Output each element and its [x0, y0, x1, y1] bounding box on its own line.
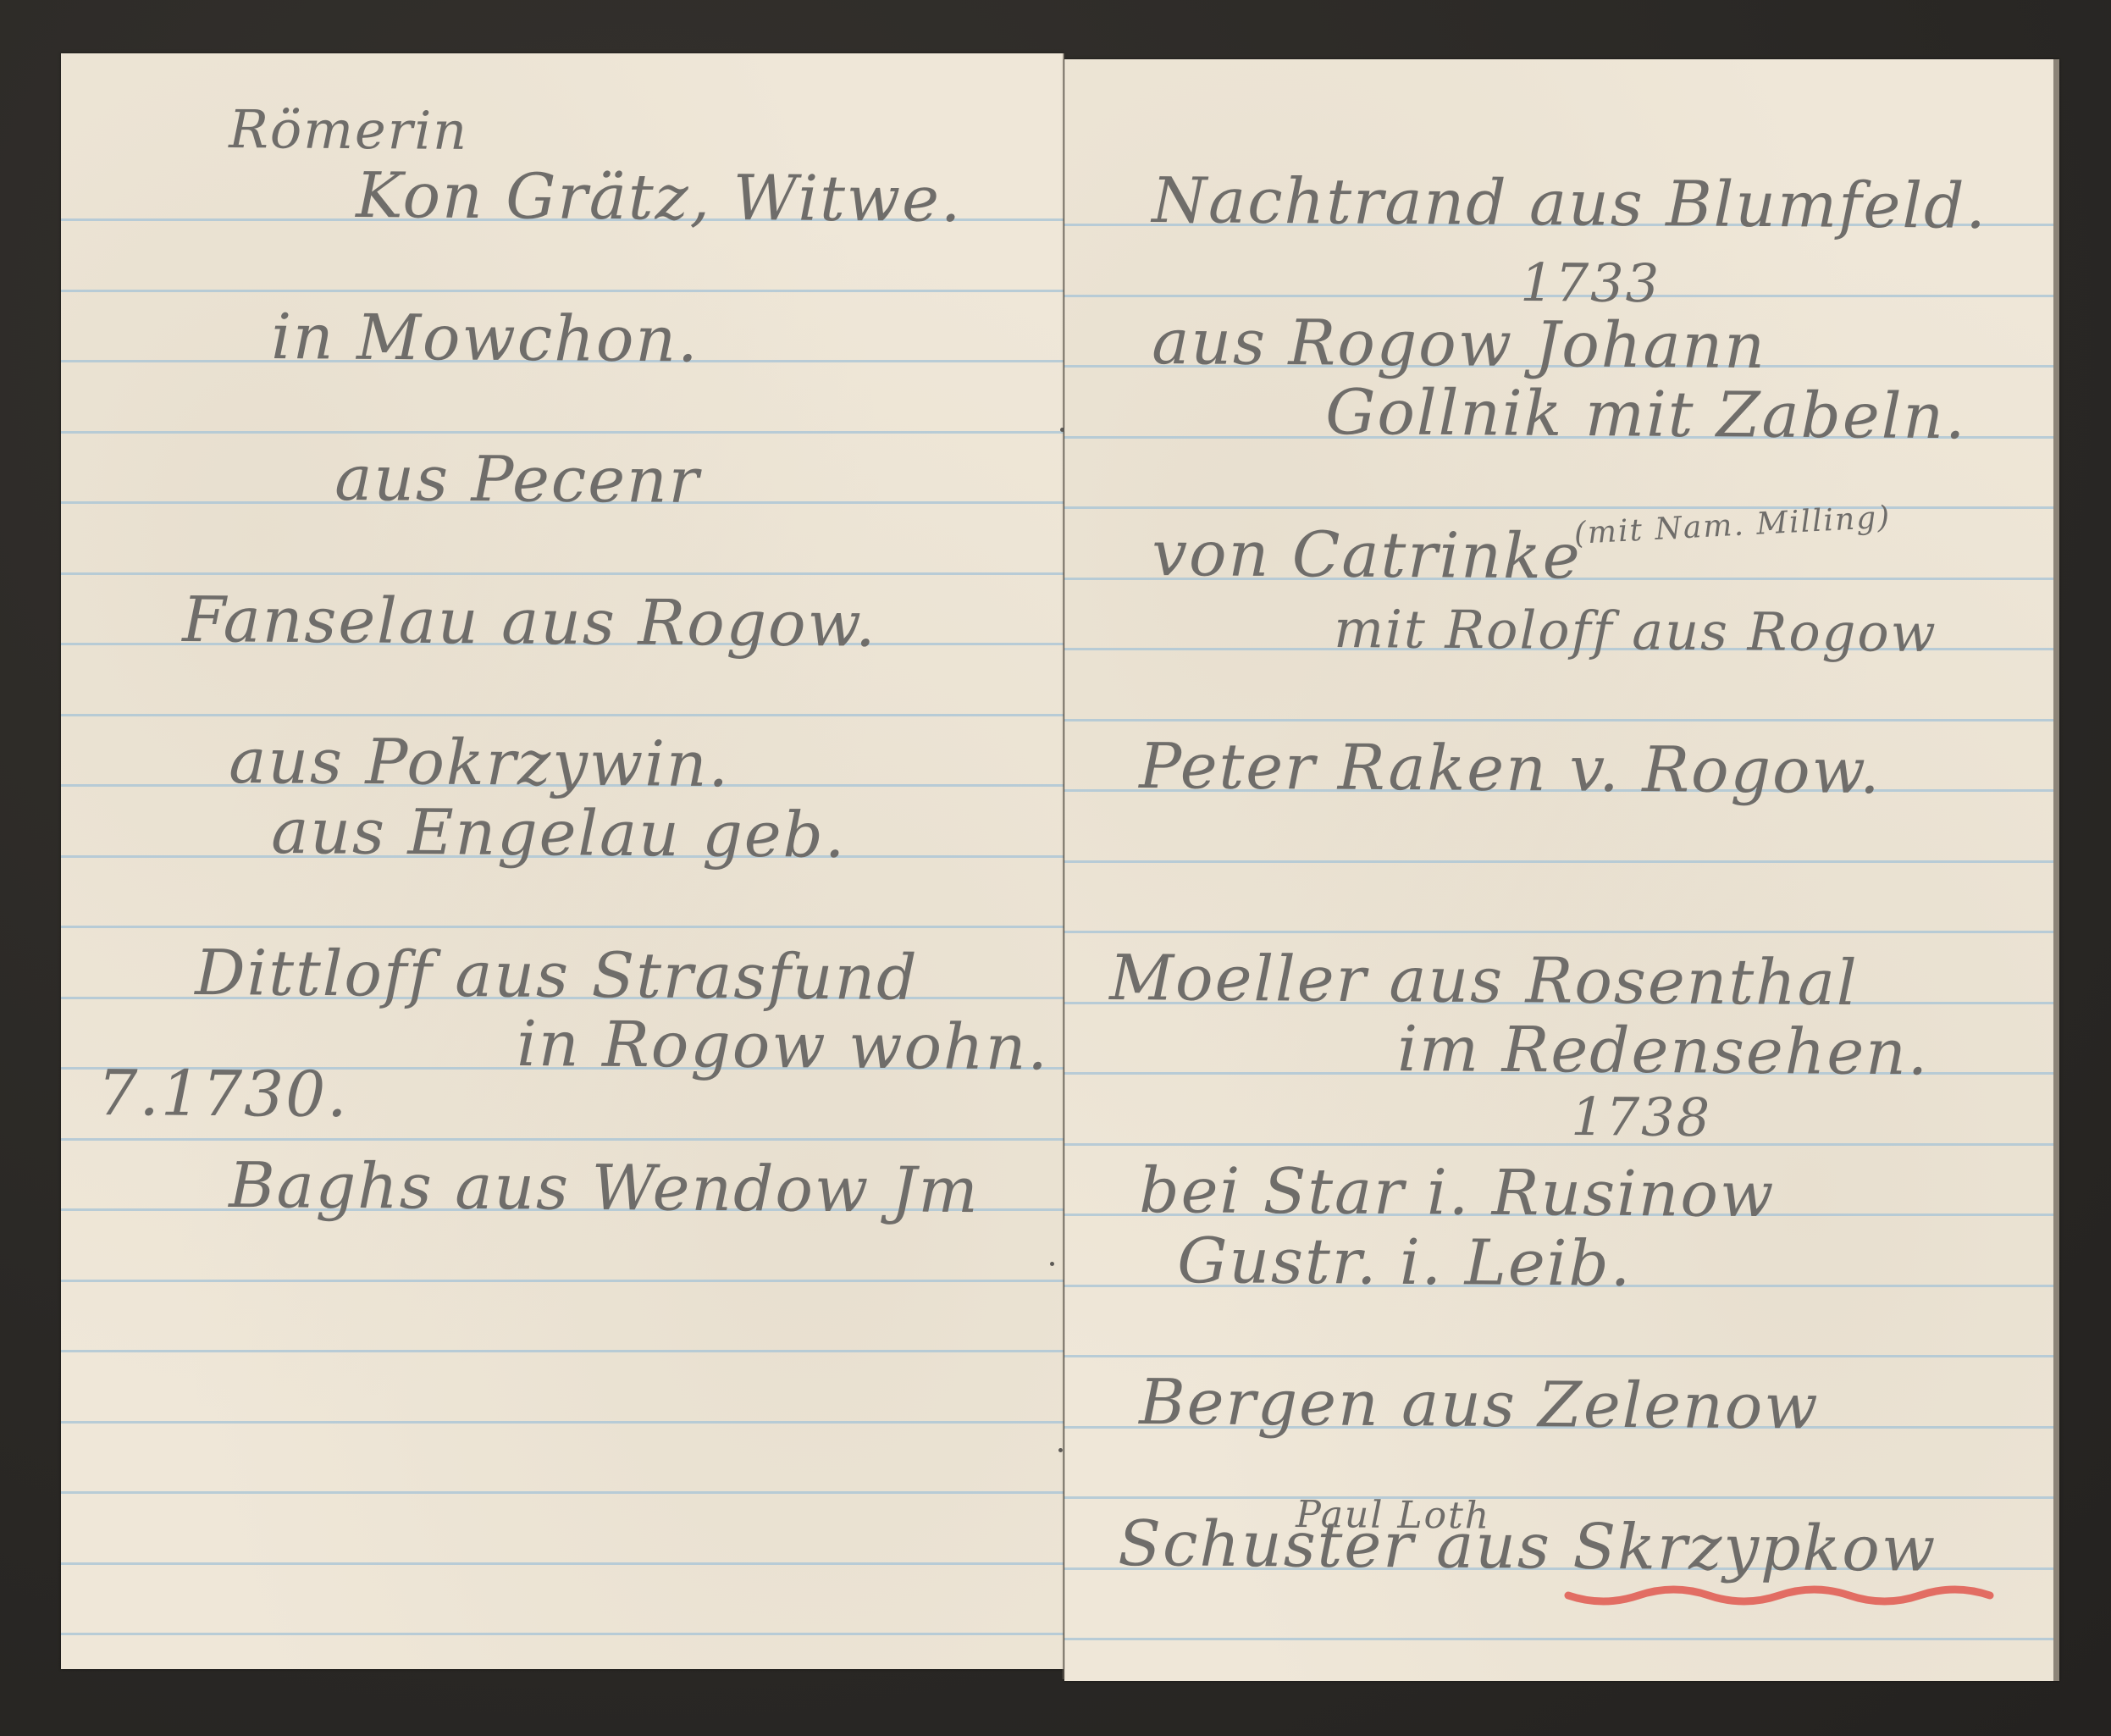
ruled-line: [61, 431, 1064, 434]
handwritten-line: Römerin: [229, 98, 468, 162]
handwritten-line: aus Rogow Johann: [1152, 306, 1766, 383]
ruled-line: [61, 1138, 1064, 1141]
handwritten-line: Kon Grätz, Witwe.: [356, 159, 963, 236]
handwritten-line: mit Roloff aus Rogow: [1334, 598, 1937, 664]
handwritten-line: aus Engelau geb.: [271, 795, 847, 872]
handwritten-line: 1733: [1520, 252, 1661, 314]
ruled-line: [61, 1633, 1064, 1635]
ruled-line: [1064, 1355, 2053, 1357]
handwritten-line: Peter Raken v. Rogow.: [1139, 730, 1882, 808]
ruled-line: [1064, 506, 2053, 509]
handwritten-line: 7.1730.: [97, 1057, 349, 1131]
ruled-line: [61, 290, 1064, 292]
ruled-line: [1064, 860, 2053, 863]
ruled-line: [61, 714, 1064, 716]
handwritten-line: Moeller aus Rosenthal: [1109, 942, 1859, 1020]
handwritten-line: Baghs aus Wendow Jm: [229, 1149, 980, 1227]
ruled-line: [61, 926, 1064, 928]
handwritten-line: Bergen aus Zelenow: [1139, 1366, 1820, 1444]
ruled-line: [1064, 719, 2053, 721]
handwritten-line: Dittloff aus Strasfund: [195, 937, 919, 1015]
notebook-spine-fold: [1062, 53, 1065, 1679]
pencil-mark: [1060, 428, 1064, 432]
handwritten-line: Fanselau aus Rogow.: [182, 583, 877, 661]
pencil-mark: [1050, 1262, 1054, 1266]
handwritten-line: Gustr. i. Leib.: [1177, 1225, 1633, 1301]
handwritten-line: Nachtrand aus Blumfeld.: [1152, 164, 1987, 243]
ruled-line: [1064, 1143, 2053, 1146]
handwritten-line: von Catrinke: [1152, 517, 1582, 594]
ruled-line: [61, 1350, 1064, 1352]
ruled-line: [61, 1562, 1064, 1565]
handwritten-line: 1738: [1571, 1086, 1711, 1148]
handwritten-line: Gollnik mit Zabeln.: [1325, 376, 1967, 453]
ruled-line: [1064, 1638, 2053, 1640]
ruled-line: [61, 1421, 1064, 1424]
ruled-line: [1064, 931, 2053, 933]
ruled-line: [61, 1491, 1064, 1494]
handwritten-line: bei Star i. Rusinow: [1139, 1154, 1776, 1231]
handwritten-line: in Mowchon.: [271, 301, 699, 377]
pencil-mark: [1058, 1448, 1063, 1452]
handwritten-line: in Rogow wohn.: [517, 1008, 1049, 1084]
handwritten-line: im Redensehen.: [1397, 1013, 1930, 1089]
ruled-line: [1064, 1496, 2053, 1499]
handwritten-line: aus Pokrzywin.: [229, 725, 730, 801]
handwritten-line: aus Pecenr: [334, 442, 700, 517]
handwritten-line: Schuster aus Skrzypkow: [1118, 1507, 1937, 1586]
ruled-line: [61, 1280, 1064, 1282]
ruled-line: [61, 572, 1064, 575]
